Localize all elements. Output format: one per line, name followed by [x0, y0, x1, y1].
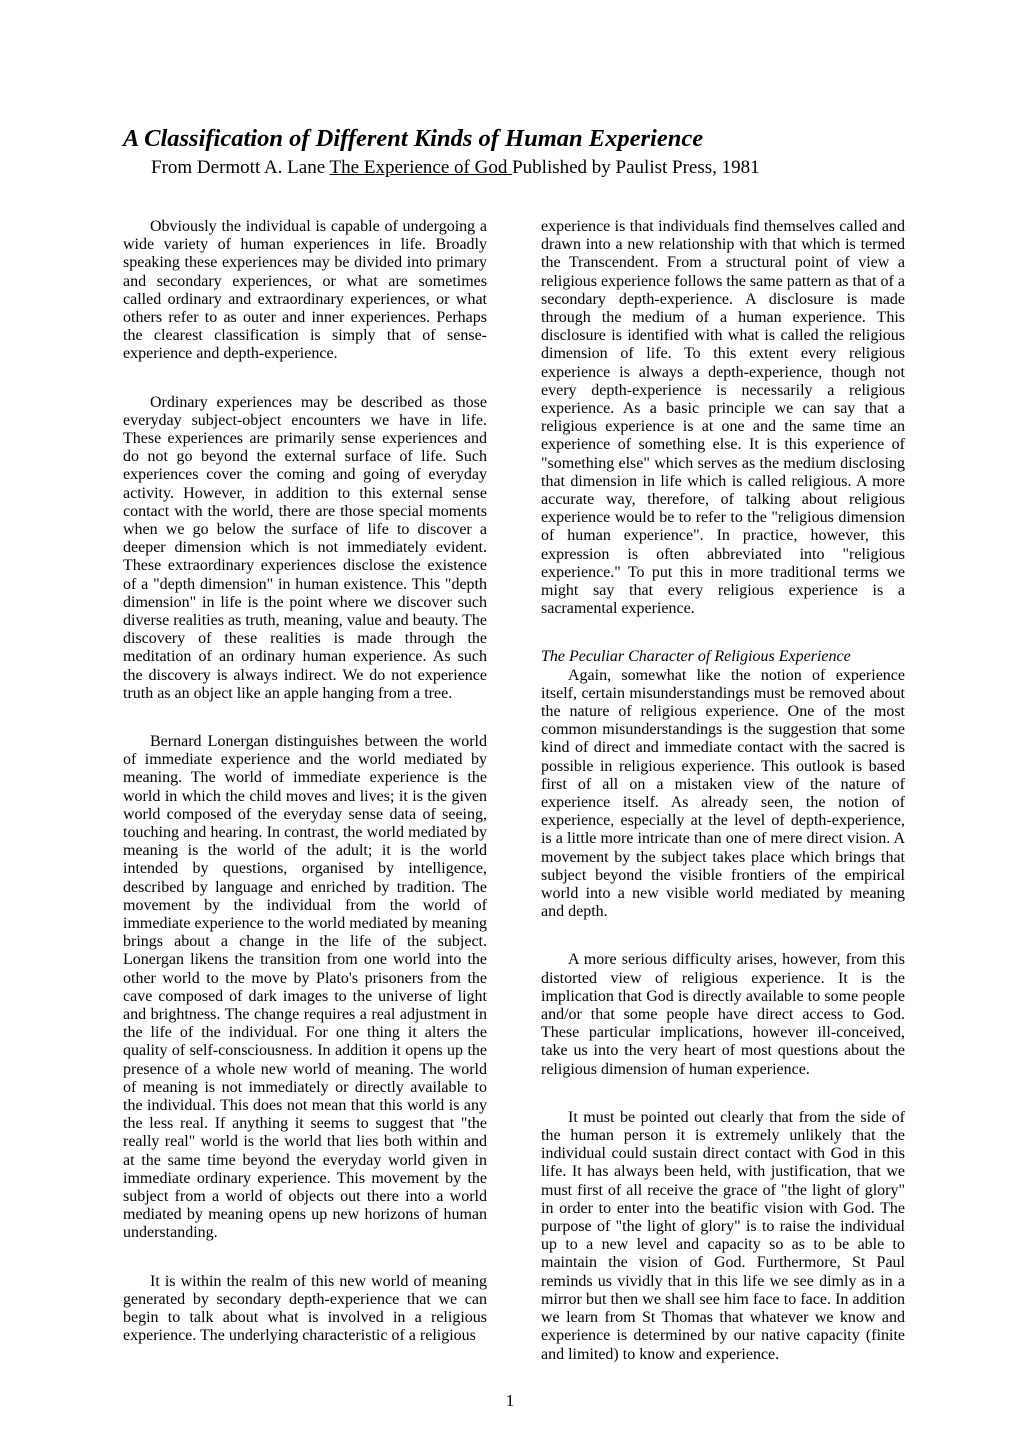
left-column: Obviously the individual is capable of u… — [123, 218, 487, 1394]
section-heading: The Peculiar Character of Religious Expe… — [541, 648, 905, 666]
paragraph-serious-difficulty: A more serious difficulty arises, howeve… — [541, 951, 905, 1078]
paragraph-new-world-of-meaning: It is within the realm of this new world… — [123, 1273, 487, 1346]
paragraph-ordinary-experiences: Ordinary experiences may be described as… — [123, 394, 487, 703]
document-header: A Classification of Different Kinds of H… — [123, 125, 905, 180]
right-column: experience is that individuals find them… — [541, 218, 905, 1394]
document-page: A Classification of Different Kinds of H… — [0, 0, 1020, 1443]
paragraph-continuation: experience is that individuals find them… — [541, 218, 905, 618]
subtitle-author: From Dermott A. Lane — [151, 157, 330, 178]
document-subtitle: From Dermott A. Lane The Experience of G… — [151, 156, 905, 180]
document-content: A Classification of Different Kinds of H… — [0, 0, 1020, 1394]
paragraph-misunderstandings: Again, somewhat like the notion of exper… — [541, 667, 905, 922]
subtitle-publisher: Published by Paulist Press, 1981 — [512, 157, 760, 178]
paragraph-bernard-lonergan: Bernard Lonergan distinguishes between t… — [123, 733, 487, 1243]
paragraph-intro: Obviously the individual is capable of u… — [123, 218, 487, 364]
book-title: The Experience of God — [330, 157, 513, 178]
two-column-layout: Obviously the individual is capable of u… — [123, 218, 905, 1394]
paragraph-light-of-glory: It must be pointed out clearly that from… — [541, 1109, 905, 1364]
document-title: A Classification of Different Kinds of H… — [123, 125, 905, 153]
page-number: 1 — [0, 1391, 1020, 1411]
